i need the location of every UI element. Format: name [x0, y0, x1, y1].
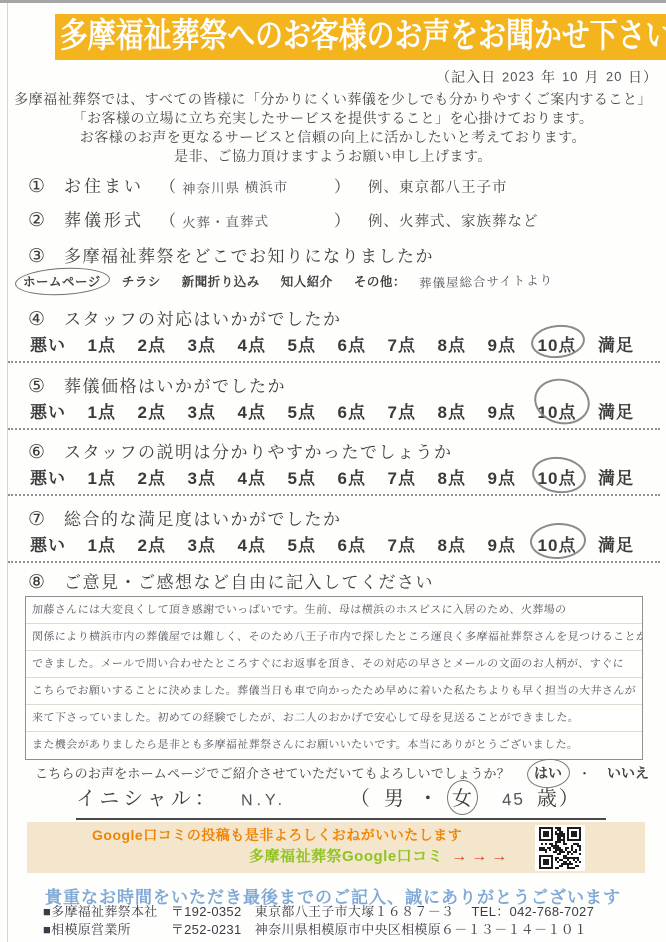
rating-point: 10点: [538, 531, 577, 556]
question-label: 葬儀価格はいかがでしたか: [64, 372, 286, 397]
dotted-divider: [8, 361, 660, 363]
rating-question-line: ⑥スタッフの説明は分かりやすかったでしょうか: [28, 438, 453, 464]
rating-point: 7点: [388, 464, 416, 489]
option-other-handwritten: 葬儀屋総合サイトより: [419, 270, 554, 292]
paren-open: （: [160, 208, 176, 231]
rating-point: 7点: [388, 531, 416, 556]
rating-point: 3点: [188, 331, 216, 356]
comment-box: 加藤さんには大変良くして頂き感謝でいっぱいです。生前、母は横浜のホスピスに入居の…: [25, 596, 643, 760]
rating-scale: 悪い1点2点3点4点5点6点7点8点9点10点満足: [30, 331, 634, 356]
rating-point: 10点: [538, 398, 577, 423]
rating-question-block: ⑤葬儀価格はいかがでしたか悪い1点2点3点4点5点6点7点8点9点10点満足: [0, 372, 666, 434]
rating-point: 4点: [238, 331, 266, 356]
rating-point: 7点: [388, 398, 416, 423]
rating-scale: 悪い1点2点3点4点5点6点7点8点9点10点満足: [30, 398, 634, 423]
scale-low-label: 悪い: [30, 531, 66, 556]
branch-office-address: ■相模原営業所 〒252-0231 神奈川県相模原市中央区相模原６－１３－１４－…: [43, 921, 594, 939]
gender-female: 女: [452, 782, 472, 811]
intro-line: 「お客様の立場に立ち充実したサービスを提供すること」を心掛けております。: [0, 109, 666, 128]
age-handwritten: 45: [501, 789, 525, 811]
google-review-link-text: 多摩福祉葬祭Google口コミ→→→: [249, 845, 511, 866]
rating-point: 2点: [138, 398, 166, 423]
date-prefix: （記入日: [436, 69, 496, 85]
rating-scale: 悪い1点2点3点4点5点6点7点8点9点10点満足: [30, 531, 634, 556]
company-addresses: ■多摩福祉葬祭本社 〒192-0352 東京都八王子市大塚１６８７－３ TEL：…: [43, 903, 594, 938]
rating-point: 4点: [238, 398, 266, 423]
question-label: スタッフの対応はいかがでしたか: [64, 305, 342, 330]
scale-high-label: 満足: [598, 331, 634, 356]
date-year-handwritten: 2023: [496, 68, 541, 85]
option-other-label: その他：: [354, 272, 406, 290]
example-text: 例、火葬式、家族葬など: [368, 210, 539, 231]
rating-point: 8点: [438, 531, 466, 556]
option-flyer: チラシ: [122, 272, 161, 290]
title-banner: 多摩福祉葬祭へのお客様のお声をお聞かせ下さい: [55, 14, 666, 60]
comment-line-row: また機会がありましたら是非とも多摩福祉葬祭さんにお願いいたいです。本当にありがと…: [26, 732, 642, 759]
answer-handwritten: 神奈川県 横浜市: [176, 174, 334, 197]
rating-point: 1点: [88, 398, 116, 423]
intro-line: お客様のお声を更なるサービスと信頼の向上に活かしたいと考えております。: [0, 128, 666, 147]
comment-line-row: 来て下さっていました。初めての経験でしたが、お二人のおかげで安心して母を見送るこ…: [26, 705, 642, 732]
dotted-divider: [8, 494, 660, 496]
answer-handwritten: 火葬・直葬式: [176, 208, 334, 231]
rating-point: 5点: [288, 398, 316, 423]
dotted-divider: [8, 428, 660, 430]
intro-line: 多摩福祉葬祭では、すべての皆様に「分かりにくい葬儀を少しでも分かりやすくご案内す…: [0, 90, 666, 109]
head-office-address: ■多摩福祉葬祭本社 〒192-0352 東京都八王子市大塚１６８７－３ TEL：…: [43, 903, 594, 921]
question-funeral-type: ② 葬儀形式 （ 火葬・直葬式 ） 例、火葬式、家族葬など: [28, 206, 539, 232]
scale-low-label: 悪い: [30, 398, 66, 423]
question-number: ④: [28, 308, 64, 331]
scale-low-label: 悪い: [30, 331, 66, 356]
permission-yes: はい: [534, 763, 562, 783]
rating-point: 4点: [238, 464, 266, 489]
rating-question-block: ⑦総合的な満足度はいかがでしたか悪い1点2点3点4点5点6点7点8点9点10点満…: [0, 505, 666, 567]
intro-text: 多摩福祉葬祭では、すべての皆様に「分かりにくい葬儀を少しでも分かりやすくご案内す…: [0, 90, 666, 166]
date-month-handwritten: 10: [556, 69, 585, 85]
rating-point: 10点: [538, 464, 577, 489]
rating-point: 5点: [288, 531, 316, 556]
gender-separator: ・: [418, 782, 438, 811]
question-label: ご意見・ご感想など自由に記入してください: [64, 568, 434, 593]
scanned-questionnaire-page: 多摩福祉葬祭へのお客様のお声をお聞かせ下さい （記入日2023年10月20日） …: [0, 0, 666, 942]
scale-high-label: 満足: [598, 464, 634, 489]
question-number: ⑧: [28, 571, 64, 594]
initials-handwritten: N.Y.: [241, 792, 286, 811]
rating-scale: 悪い1点2点3点4点5点6点7点8点9点10点満足: [30, 464, 634, 489]
google-review-banner: Google口コミの投稿も是非よろしくおねがいいたします 多摩福祉葬祭Googl…: [27, 822, 645, 873]
example-text: 例、東京都八王子市: [368, 176, 508, 197]
scale-low-label: 悪い: [30, 464, 66, 489]
question-label: 葬儀形式: [64, 206, 144, 231]
rating-point: 4点: [238, 531, 266, 556]
rating-point: 1点: [88, 464, 116, 489]
rating-point: 3点: [188, 531, 216, 556]
rating-point: 6点: [338, 331, 366, 356]
date-month-label: 月: [585, 69, 600, 85]
dotted-divider: [8, 561, 660, 563]
paren-close: ）: [334, 208, 350, 231]
publish-permission-row: こちらのお声をホームページでご紹介させていただいてもよろしいでしょうか？ はい …: [35, 763, 649, 783]
question-number: ⑥: [28, 441, 64, 464]
question-label: お住まい: [64, 172, 144, 197]
permission-question: こちらのお声をホームページでご紹介させていただいてもよろしいでしょうか？: [35, 763, 510, 782]
rating-point: 9点: [488, 398, 516, 423]
rating-point: 1点: [88, 531, 116, 556]
question-number: ⑤: [28, 375, 64, 398]
rating-point: 10点: [538, 331, 577, 356]
question-number: ⑦: [28, 508, 64, 531]
permission-no: いいえ: [607, 763, 649, 783]
entry-date-line: （記入日2023年10月20日）: [436, 67, 658, 87]
rating-question-line: ⑤葬儀価格はいかがでしたか: [28, 372, 286, 398]
paren-close: ）: [334, 174, 350, 197]
scale-high-label: 満足: [598, 531, 634, 556]
rating-point: 8点: [438, 464, 466, 489]
qr-code-container: [535, 825, 585, 871]
paren-open: （: [350, 782, 370, 811]
rating-question-line: ④スタッフの対応はいかがでしたか: [28, 305, 342, 331]
date-day-label: 日）: [628, 69, 658, 85]
permission-separator: ・: [578, 763, 591, 782]
rating-point: 7点: [388, 331, 416, 356]
intro-line: 是非、ご協力頂けますようお願い申し上げます。: [0, 147, 666, 166]
question-label: スタッフの説明は分かりやすかったでしょうか: [64, 438, 453, 463]
rating-point: 9点: [488, 331, 516, 356]
rating-point: 3点: [188, 464, 216, 489]
scale-high-label: 満足: [598, 398, 634, 423]
rating-question-block: ④スタッフの対応はいかがでしたか悪い1点2点3点4点5点6点7点8点9点10点満…: [0, 305, 666, 367]
rating-point: 6点: [338, 398, 366, 423]
date-day-handwritten: 20: [599, 69, 628, 85]
comment-handwritten: できました。メールで問い合わせたところすぐにお返事を頂き、その対応の早さとメール…: [26, 651, 625, 677]
rating-point: 5点: [288, 464, 316, 489]
comment-handwritten: 加藤さんには大変良くして頂き感謝でいっぱいです。生前、母は横浜のホスピスに入居の…: [26, 597, 567, 623]
comment-handwritten: 関係により横浜市内の葬儀屋では難しく、そのため八王子市内で探したところ運良く多摩…: [26, 624, 642, 650]
arrow-icons: →→→: [451, 848, 511, 865]
question-number: ①: [28, 175, 64, 198]
rating-point: 6点: [338, 464, 366, 489]
rating-point: 6点: [338, 531, 366, 556]
paren-open: （: [160, 174, 176, 197]
comment-handwritten: こちらでお願いすることに決めました。葬儀当日も車で向かったため早めに着いた私たち…: [26, 678, 637, 704]
rating-point: 2点: [138, 531, 166, 556]
rating-point: 9点: [488, 531, 516, 556]
comment-line-row: できました。メールで問い合わせたところすぐにお返事を頂き、その対応の早さとメール…: [26, 651, 642, 678]
date-year-label: 年: [541, 69, 556, 85]
qr-code: [539, 827, 581, 869]
google-review-invite-text: Google口コミの投稿も是非よろしくおねがいいたします: [92, 825, 462, 845]
rating-question-block: ⑥スタッフの説明は分かりやすかったでしょうか悪い1点2点3点4点5点6点7点8点…: [0, 438, 666, 500]
comment-handwritten: 来て下さっていました。初めての経験でしたが、お二人のおかげで安心して母を見送るこ…: [26, 705, 580, 731]
rating-point: 1点: [88, 331, 116, 356]
comment-handwritten: また機会がありましたら是非とも多摩福祉葬祭さんにお願いいたいです。本当にありがと…: [26, 732, 579, 758]
rating-point: 5点: [288, 331, 316, 356]
question-residence: ① お住まい （ 神奈川県 横浜市 ） 例、東京都八王子市: [28, 172, 508, 198]
rating-point: 8点: [438, 398, 466, 423]
question-number: ②: [28, 209, 64, 232]
page-title: 多摩福祉葬祭へのお客様のお声をお聞かせ下さい: [55, 14, 666, 60]
comment-line-row: こちらでお願いすることに決めました。葬儀当日も車で向かったため早めに着いた私たち…: [26, 678, 642, 705]
comment-line-row: 関係により横浜市内の葬儀屋では難しく、そのため八王子市内で探したところ運良く多摩…: [26, 624, 642, 651]
google-review-label: 多摩福祉葬祭Google口コミ: [249, 848, 443, 865]
initials-row: イニシャル： N.Y. （ 男 ・ 女 45 歳）: [76, 782, 606, 820]
rating-point: 9点: [488, 464, 516, 489]
question-label: 多摩福祉葬祭をどこでお知りになりましたか: [64, 242, 434, 267]
rating-point: 8点: [438, 331, 466, 356]
rating-point: 2点: [138, 331, 166, 356]
question-number: ③: [28, 245, 64, 268]
question-comments: ⑧ ご意見・ご感想など自由に記入してください: [28, 568, 450, 594]
rating-question-line: ⑦総合的な満足度はいかがでしたか: [28, 505, 342, 531]
question-how-found: ③ 多摩福祉葬祭をどこでお知りになりましたか: [28, 242, 434, 268]
option-homepage: ホームページ: [23, 272, 101, 290]
source-options-row: ホームページ チラシ 新聞折り込み 知人紹介 その他： 葬儀屋総合サイトより: [23, 272, 553, 290]
comment-line-row: 加藤さんには大変良くして頂き感謝でいっぱいです。生前、母は横浜のホスピスに入居の…: [26, 597, 642, 624]
option-referral: 知人紹介: [281, 272, 333, 290]
rating-point: 3点: [188, 398, 216, 423]
initials-label: イニシャル：: [76, 782, 219, 811]
question-label: 総合的な満足度はいかがでしたか: [64, 505, 342, 530]
age-label: 歳）: [537, 782, 581, 811]
gender-male: 男: [384, 782, 404, 811]
rating-point: 2点: [138, 464, 166, 489]
option-newspaper-insert: 新聞折り込み: [182, 272, 260, 290]
